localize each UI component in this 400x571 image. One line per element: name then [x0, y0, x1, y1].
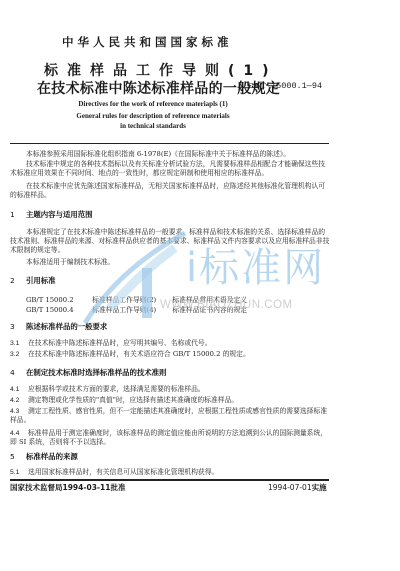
intro-paragraph-3: 在技术标准中应优先陈述国家标准样品，无相关国家标准样品时，应陈述经其他标准化管理…	[10, 182, 330, 200]
section-5-heading: 5标准样品的来源	[10, 451, 78, 462]
section-5-title: 标准样品的来源	[26, 452, 78, 461]
watermark-brand: i标准网	[186, 236, 325, 293]
nation-standard-heading: 中华人民共和国国家标准	[62, 34, 233, 50]
clause-item: 4.2测定物理或化学性质的"真值"时，应选择有描述其准确度的标准样品。	[10, 396, 330, 405]
intro-paragraph-1: 本标准参照采用国际标准化组织指南 6-1978(E)《在国际标准中关于标准样品的…	[10, 150, 330, 159]
clause-item: 4.3测定工程性质、感官性质，但不一定能描述其准确度时，应根据工程性质或感官性质…	[10, 407, 330, 425]
section-1-heading: 1主题内容与适用范围	[10, 209, 93, 220]
section-2-title: 引用标准	[26, 276, 56, 285]
standard-number: GB/T 15000.1—94	[248, 81, 322, 91]
standard-number-value: 15000.1—94	[271, 81, 322, 91]
title-en-line2: General rules for description of referen…	[48, 112, 258, 120]
effective-line: 1994-07-01实施	[268, 482, 327, 493]
section-2-heading: 2引用标准	[10, 275, 56, 286]
clause-item: 5.1选用国家标准样品时，有关信息可从国家标准化管理机构获得。	[10, 468, 330, 477]
standard-prefix: GB/T	[248, 81, 266, 90]
header-divider	[10, 143, 329, 144]
section-4-title: 在制定技术标准时选择标准样品的技术准则	[26, 368, 166, 377]
watermark-logo-icon	[80, 228, 190, 328]
clause-item: 3.1在技术标准中陈述标准样品时，应写明其编号、名称或代号。	[10, 339, 330, 348]
footer-divider	[10, 479, 329, 481]
effective-label: 实施	[312, 483, 327, 492]
clause-item: 4.1应根据科学或技术方面的要求，选择满足需要的标准样品。	[10, 385, 330, 394]
intro-paragraph-2: 技术标准中规定的各种技术指标以及有关标准分析试验方法，凡需要标准样品相配合才能确…	[10, 160, 330, 178]
title-cn-line1: 标准样品工作导则(1)	[44, 60, 278, 80]
effective-date: 1994-07-01	[268, 483, 312, 492]
title-en-line1: Directives for the work of reference mat…	[48, 100, 258, 108]
title-en-line3: in technical standards	[48, 122, 258, 130]
clause-item: 4.4标准样品用于测定准确度时，该标准样品的测定值应能由所说明的方法追溯到公认的…	[10, 429, 330, 447]
clause-item: 3.2在技术标准中陈述标准样品时，有关术语应符合 GB/T 15000.2 的规…	[10, 350, 330, 359]
watermark-url: WWW.BIAOZHUN.COM	[160, 299, 293, 311]
title-cn-line2: 在技术标准中陈述标准样品的一般规定	[37, 78, 280, 98]
section-4-heading: 4在制定技术标准时选择标准样品的技术准则	[10, 367, 166, 378]
section-1-title: 主题内容与适用范围	[26, 210, 93, 219]
approval-line: 国家技术监督局1994-03-11批准	[10, 482, 125, 493]
